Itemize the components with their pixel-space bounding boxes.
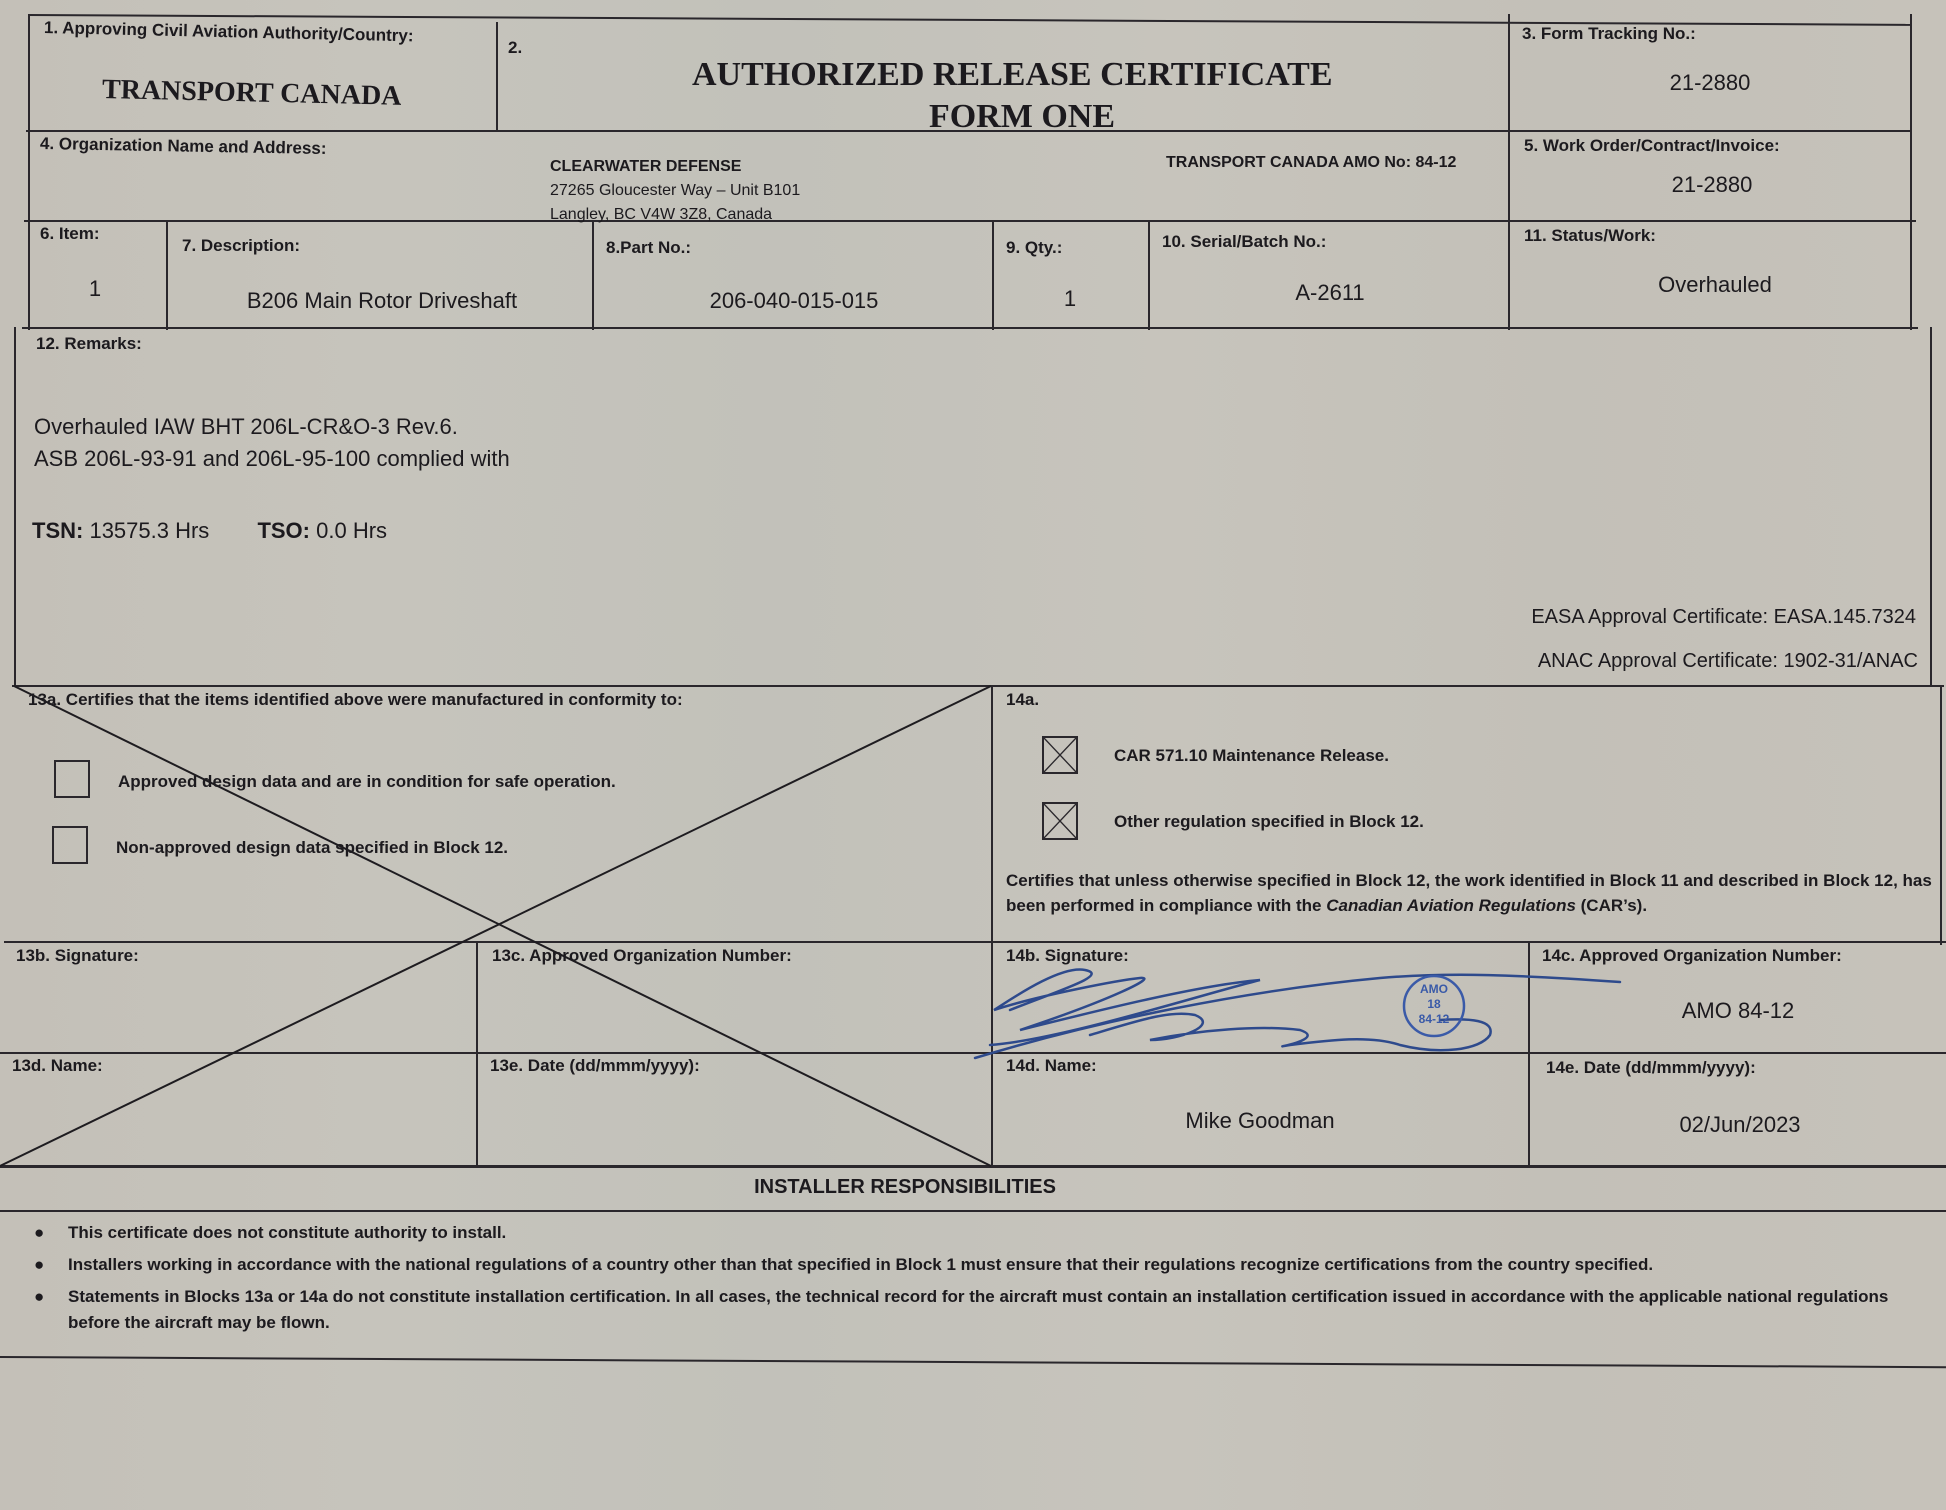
signature-icon bbox=[975, 970, 1620, 1058]
work-order-number: 21-2880 bbox=[1622, 172, 1802, 198]
row-divider bbox=[0, 1210, 1946, 1212]
block14b-label: 14b. Signature: bbox=[1006, 946, 1129, 966]
form-title: AUTHORIZED RELEASE CERTIFICATE bbox=[692, 56, 1332, 94]
quantity: 1 bbox=[1000, 286, 1140, 312]
anac-certificate: ANAC Approval Certificate: 1902-31/ANAC bbox=[1538, 650, 1918, 673]
approved-org-number: AMO 84-12 bbox=[1540, 998, 1936, 1024]
row-divider bbox=[12, 685, 1944, 687]
block14a-label: 14a. bbox=[1006, 690, 1039, 710]
block14e-label: 14e. Date (dd/mmm/yyyy): bbox=[1546, 1058, 1756, 1078]
col-divider bbox=[496, 22, 498, 132]
border-right bbox=[1940, 685, 1942, 945]
col-divider bbox=[476, 941, 478, 1167]
block12-label: 12. Remarks: bbox=[36, 334, 142, 354]
part-number: 206-040-015-015 bbox=[606, 288, 982, 314]
block1-authority: TRANSPORT CANADA bbox=[102, 74, 402, 113]
tsn-line: TSN: 13575.3 Hrs TSO: 0.0 Hrs bbox=[32, 518, 387, 544]
svg-text:18: 18 bbox=[1427, 997, 1441, 1011]
tsn-value: 13575.3 Hrs bbox=[89, 518, 209, 543]
border-right bbox=[1930, 327, 1932, 687]
border-right bbox=[1910, 14, 1912, 330]
amo-number: TRANSPORT CANADA AMO No: 84-12 bbox=[1166, 154, 1456, 172]
org-address-line2: Langley, BC V4W 3Z8, Canada bbox=[550, 206, 772, 224]
row-divider bbox=[0, 1165, 1946, 1168]
row-divider bbox=[22, 327, 1918, 329]
org-name: CLEARWATER DEFENSE bbox=[550, 158, 741, 176]
remarks-line2: ASB 206L-93-91 and 206L-95-100 complied … bbox=[34, 446, 510, 472]
bullet-icon: ● bbox=[34, 1252, 44, 1278]
block13e-label: 13e. Date (dd/mmm/yyyy): bbox=[490, 1056, 700, 1076]
block10-label: 10. Serial/Batch No.: bbox=[1162, 232, 1326, 252]
col-divider bbox=[592, 220, 594, 330]
col-divider bbox=[991, 685, 993, 1167]
list-item: ●This certificate does not constitute au… bbox=[30, 1220, 1930, 1246]
form-tracking-number: 21-2880 bbox=[1620, 70, 1800, 96]
checkbox-approved-design-data[interactable] bbox=[54, 760, 90, 798]
authorized-release-certificate: 1. Approving Civil Aviation Authority/Co… bbox=[0, 0, 1946, 1510]
item-description: B206 Main Rotor Driveshaft bbox=[182, 288, 582, 314]
list-item-text: This certificate does not constitute aut… bbox=[68, 1223, 506, 1242]
easa-certificate: EASA Approval Certificate: EASA.145.7324 bbox=[1531, 606, 1916, 629]
block1-label: 1. Approving Civil Aviation Authority/Co… bbox=[44, 18, 414, 46]
list-item-text: Installers working in accordance with th… bbox=[68, 1255, 1653, 1274]
checkbox-other-regulation[interactable] bbox=[1042, 802, 1078, 840]
block8-label: 8.Part No.: bbox=[606, 238, 691, 258]
block5-label: 5. Work Order/Contract/Invoice: bbox=[1524, 136, 1780, 156]
row-divider bbox=[0, 1356, 1946, 1368]
block14d-label: 14d. Name: bbox=[1006, 1056, 1097, 1076]
tso-label: TSO: bbox=[257, 518, 310, 543]
col-divider bbox=[992, 220, 994, 330]
border-left bbox=[14, 327, 16, 687]
block14c-label: 14c. Approved Organization Number: bbox=[1542, 946, 1842, 966]
block2-label: 2. bbox=[508, 38, 522, 58]
installer-responsibilities-list: ●This certificate does not constitute au… bbox=[30, 1220, 1930, 1342]
installer-heading: INSTALLER RESPONSIBILITIES bbox=[0, 1176, 1810, 1199]
list-item: ●Statements in Blocks 13a or 14a do not … bbox=[30, 1284, 1930, 1336]
release-date: 02/Jun/2023 bbox=[1544, 1112, 1936, 1138]
block13c-label: 13c. Approved Organization Number: bbox=[492, 946, 792, 966]
checkbox-non-approved-design-data[interactable] bbox=[52, 826, 88, 864]
block13a-label: 13a. Certifies that the items identified… bbox=[28, 690, 683, 710]
remarks-line1: Overhauled IAW BHT 206L-CR&O-3 Rev.6. bbox=[34, 414, 458, 440]
col-divider bbox=[1148, 220, 1150, 330]
bullet-icon: ● bbox=[34, 1284, 44, 1310]
col-divider bbox=[1508, 14, 1510, 330]
block9-label: 9. Qty.: bbox=[1006, 238, 1062, 258]
block3-label: 3. Form Tracking No.: bbox=[1522, 24, 1696, 44]
statement-text-end: (CAR’s). bbox=[1576, 896, 1647, 915]
item-number: 1 bbox=[40, 276, 150, 302]
row-divider bbox=[24, 220, 1916, 222]
non-approved-design-data-label: Non-approved design data specified in Bl… bbox=[116, 838, 508, 858]
block13b-label: 13b. Signature: bbox=[16, 946, 139, 966]
col-divider bbox=[166, 220, 168, 330]
row-divider bbox=[0, 1052, 1946, 1054]
list-item-text: Statements in Blocks 13a or 14a do not c… bbox=[68, 1287, 1888, 1332]
form-subtitle: FORM ONE bbox=[692, 98, 1352, 136]
signatory-name: Mike Goodman bbox=[1000, 1108, 1520, 1134]
org-address-line1: 27265 Gloucester Way – Unit B101 bbox=[550, 182, 800, 200]
block13d-label: 13d. Name: bbox=[12, 1056, 103, 1076]
svg-text:84-12: 84-12 bbox=[1419, 1012, 1450, 1026]
approved-design-data-label: Approved design data and are in conditio… bbox=[118, 772, 616, 792]
statement-regulation-name: Canadian Aviation Regulations bbox=[1326, 896, 1576, 915]
list-item: ●Installers working in accordance with t… bbox=[30, 1252, 1930, 1278]
block6-label: 6. Item: bbox=[40, 224, 100, 244]
other-regulation-label: Other regulation specified in Block 12. bbox=[1114, 812, 1424, 832]
block7-label: 7. Description: bbox=[182, 236, 300, 256]
tsn-label: TSN: bbox=[32, 518, 83, 543]
block13-strikeout-icon bbox=[0, 686, 991, 1166]
serial-number: A-2611 bbox=[1160, 280, 1500, 306]
col-divider bbox=[1528, 941, 1530, 1167]
bullet-icon: ● bbox=[34, 1220, 44, 1246]
svg-text:AMO: AMO bbox=[1420, 982, 1448, 996]
status-work: Overhauled bbox=[1522, 272, 1908, 298]
block14a-statement: Certifies that unless otherwise specifie… bbox=[1006, 868, 1936, 918]
car-571-10-label: CAR 571.10 Maintenance Release. bbox=[1114, 746, 1389, 766]
block11-label: 11. Status/Work: bbox=[1524, 226, 1656, 246]
checkbox-car-571-10[interactable] bbox=[1042, 736, 1078, 774]
tso-value: 0.0 Hrs bbox=[316, 518, 387, 543]
amo-stamp-icon: AMO 18 84-12 bbox=[1404, 976, 1464, 1036]
border-left bbox=[28, 14, 30, 330]
row-divider bbox=[4, 941, 1946, 943]
block4-label: 4. Organization Name and Address: bbox=[40, 134, 327, 159]
